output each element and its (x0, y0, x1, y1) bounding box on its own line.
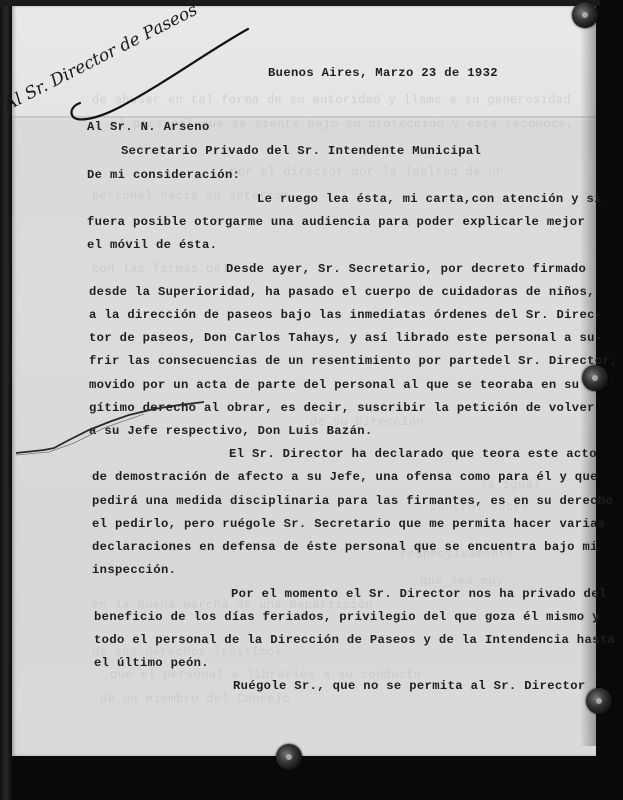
mounting-pin (276, 744, 302, 770)
body-line: inspección. (92, 563, 176, 577)
bleed-through-text: con las firmas del (92, 262, 229, 276)
mounting-pin (586, 688, 612, 714)
body-line: pedirá una medida disciplinaria para las… (92, 494, 613, 508)
body-line: a la dirección de paseos bajo las inmedi… (89, 308, 602, 322)
paper-tear (14, 400, 214, 460)
body-line: el último peón. (94, 656, 209, 670)
body-line: movido por un acta de parte del personal… (89, 378, 610, 392)
body-line: declaraciones en defensa de éste persona… (92, 540, 598, 554)
date-line: Buenos Aires, Marzo 23 de 1932 (268, 66, 498, 80)
recipient-title: Secretario Privado del Sr. Intendente Mu… (121, 144, 481, 158)
body-line: beneficio de los días feriados, privileg… (94, 610, 600, 624)
salutation: De mi consideración: (87, 168, 240, 182)
body-line: de demostración de afecto a su Jefe, una… (92, 470, 598, 484)
recipient-name: Al Sr. N. Arseno (87, 120, 210, 134)
body-line: Ruégole Sr., que no se permita al Sr. Di… (233, 679, 586, 693)
body-line: El Sr. Director ha declarado que teora e… (229, 447, 597, 461)
body-line: frir las consecuencias de un resentimien… (89, 354, 618, 368)
bleed-through-text: de un miembro del Concejo (100, 692, 290, 706)
body-line: todo el personal de la Dirección de Pase… (94, 633, 615, 647)
body-line: fuera posible otorgarme una audiencia pa… (87, 215, 585, 229)
handwritten-flourish (60, 25, 260, 135)
body-line: desde la Superioridad, ha pasado el cuer… (89, 285, 595, 299)
body-line: Por el momento el Sr. Director nos ha pr… (231, 587, 607, 601)
body-line: el móvil de ésta. (87, 238, 217, 252)
mounting-pin (572, 2, 598, 28)
bleed-through-text: que sea muy (420, 574, 504, 588)
body-line: tor de paseos, Don Carlos Tahays, y así … (89, 331, 602, 345)
mounting-pin (582, 365, 608, 391)
bleed-through-text: por el director por la lealtad de un (230, 165, 504, 179)
body-line: el pedirlo, pero ruégole Sr. Secretario … (92, 517, 605, 531)
body-line: Le ruego lea ésta, mi carta,con atención… (257, 192, 602, 206)
body-line: Desde ayer, Sr. Secretario, por decreto … (226, 262, 586, 276)
